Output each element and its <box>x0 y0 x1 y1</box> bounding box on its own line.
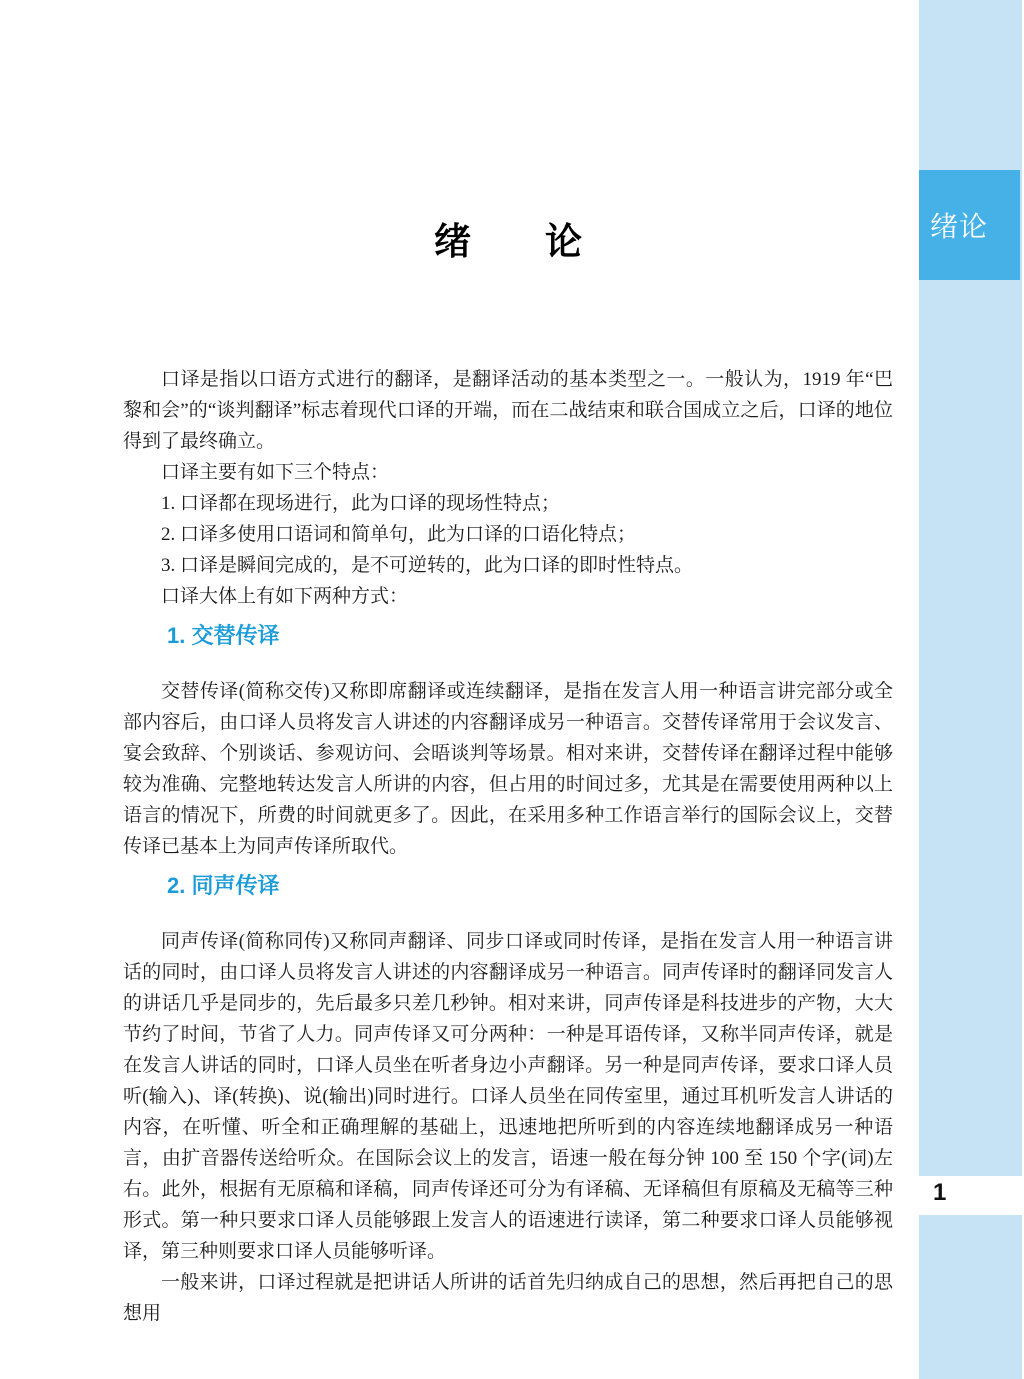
page-number-band: 1 <box>919 1176 1024 1215</box>
chapter-tab-label: 绪论 <box>930 205 988 245</box>
section-heading-simultaneous: 2. 同声传译 <box>123 874 893 898</box>
feature-item-2: 2. 口译多使用口语词和简单句，此为口译的口语化特点； <box>123 519 893 550</box>
intro-paragraph: 口译是指以口语方式进行的翻译，是翻译活动的基本类型之一。一般认为，1919 年“… <box>123 364 893 457</box>
chapter-tab: 绪论 <box>919 170 1020 280</box>
feature-item-3: 3. 口译是瞬间完成的，是不可逆转的，此为口译的即时性特点。 <box>123 550 893 581</box>
section-body-simultaneous: 同声传译(简称同传)又称同声翻译、同步口译或同时传译，是指在发言人用一种语言讲话… <box>123 926 893 1267</box>
closing-paragraph: 一般来讲，口译过程就是把讲话人所讲的话首先归纳成自己的思想，然后再把自己的思想用 <box>123 1267 893 1329</box>
feature-item-1: 1. 口译都在现场进行，此为口译的现场性特点； <box>123 488 893 519</box>
section-body-consecutive: 交替传译(简称交传)又称即席翻译或连续翻译，是指在发言人用一种语言讲完部分或全部… <box>123 676 893 862</box>
modes-lead: 口译大体上有如下两种方式： <box>123 581 893 612</box>
book-page: 绪论 1 绪 论 口译是指以口语方式进行的翻译，是翻译活动的基本类型之一。一般认… <box>0 0 1024 1379</box>
section-heading-consecutive: 1. 交替传译 <box>123 624 893 648</box>
page-content: 绪 论 口译是指以口语方式进行的翻译，是翻译活动的基本类型之一。一般认为，191… <box>123 0 893 1329</box>
features-lead: 口译主要有如下三个特点： <box>123 457 893 488</box>
body-text: 口译是指以口语方式进行的翻译，是翻译活动的基本类型之一。一般认为，1919 年“… <box>123 364 893 1329</box>
page-number: 1 <box>933 1179 946 1207</box>
chapter-title: 绪 论 <box>123 222 893 262</box>
